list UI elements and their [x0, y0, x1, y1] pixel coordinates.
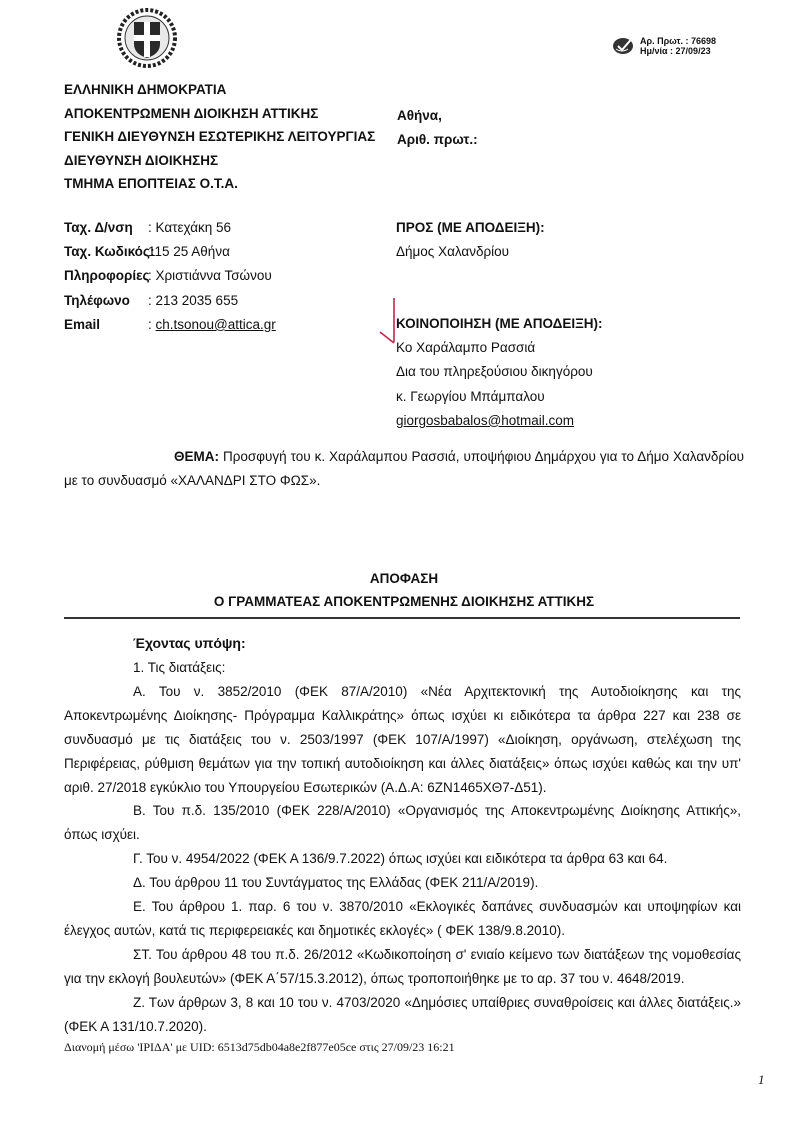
place-and-protocol: Αθήνα, Αριθ. πρωτ.:	[397, 104, 478, 151]
paragraph: Ζ. Των άρθρων 3, 8 και 10 του ν. 4703/20…	[64, 991, 741, 1039]
protocol-stamp: Αρ. Πρωτ. : 76698 Ημ/νία : 27/09/23	[612, 33, 716, 58]
header-line: ΕΛΛΗΝΙΚΗ ΔΗΜΟΚΡΑΤΙΑ	[64, 78, 375, 102]
paragraph: Δ. Του άρθρου 11 του Συντάγματος της Ελλ…	[64, 871, 741, 895]
divider	[64, 617, 740, 619]
decision-title: ΑΠΟΦΑΣΗ	[64, 567, 744, 590]
contact-row-info: Πληροφορίες : Χριστιάννα Τσώνου	[64, 264, 276, 288]
decision-heading: ΑΠΟΦΑΣΗ Ο ΓΡΑΜΜΑΤΕΑΣ ΑΠΟΚΕΝΤΡΩΜΕΝΗΣ ΔΙΟΙ…	[64, 567, 744, 613]
cc-email-link[interactable]: giorgosbabalos@hotmail.com	[396, 413, 574, 428]
paragraph: ΣΤ. Του άρθρου 48 του π.δ. 26/2012 «Κωδι…	[64, 943, 741, 991]
cc-heading: ΚΟΙΝΟΠΟΙΗΣΗ (ΜΕ ΑΠΟΔΕΙΞΗ):	[396, 312, 603, 336]
cc-line: Δια του πληρεξούσιου δικηγόρου	[396, 360, 603, 384]
contact-row-postcode: Ταχ. Κωδικός: 115 25 Αθήνα	[64, 240, 276, 264]
recipient-heading: ΠΡΟΣ (ΜΕ ΑΠΟΔΕΙΞΗ):	[396, 216, 545, 240]
header-line: ΔΙΕΥΘΥΝΣΗ ΔΙΟΙΚΗΣΗΣ	[64, 149, 375, 173]
cc-line: κ. Γεωργίου Μπάμπαλου	[396, 385, 603, 409]
header-line: ΤΜΗΜΑ ΕΠΟΠΤΕΙΑΣ Ο.Τ.Α.	[64, 172, 375, 196]
recipient-name: Δήμος Χαλανδρίου	[396, 240, 545, 264]
paragraph: Β. Του π.δ. 135/2010 (ΦΕΚ 228/Α/2010) «Ο…	[64, 799, 741, 847]
paragraph: Γ. Του ν. 4954/2022 (ΦΕΚ Α 136/9.7.2022)…	[64, 847, 741, 871]
protocol-number-label: Αριθ. πρωτ.:	[397, 128, 478, 152]
distribution-note: Διανομή μέσω 'ΙΡΙΔΑ' με UID: 6513d75db04…	[64, 1040, 455, 1055]
paragraph: Α. Του ν. 3852/2010 (ΦΕΚ 87/Α/2010) «Νέα…	[64, 680, 741, 800]
contact-details: Ταχ. Δ/νση : Κατεχάκη 56 Ταχ. Κωδικός: 1…	[64, 216, 276, 337]
subject-text: Προσφυγή του κ. Χαράλαμπου Ρασσιά, υποψή…	[64, 449, 744, 488]
contact-email-link[interactable]: ch.tsonou@attica.gr	[156, 317, 276, 332]
subject: ΘΕΜΑ: Προσφυγή του κ. Χαράλαμπου Ρασσιά,…	[64, 445, 744, 493]
cc-block: ΚΟΙΝΟΠΟΙΗΣΗ (ΜΕ ΑΠΟΔΕΙΞΗ): Κο Χαράλαμπο …	[396, 312, 603, 433]
contact-row-email: Email : ch.tsonou@attica.gr	[64, 313, 276, 337]
header-line: ΑΠΟΚΕΝΤΡΩΜΕΝΗ ΔΙΟΙΚΗΣΗ ΑΤΤΙΚΗΣ	[64, 102, 375, 126]
contact-row-address: Ταχ. Δ/νση : Κατεχάκη 56	[64, 216, 276, 240]
contact-row-phone: Τηλέφωνο : 213 2035 655	[64, 289, 276, 313]
issuer-header: ΕΛΛΗΝΙΚΗ ΔΗΜΟΚΡΑΤΙΑ ΑΠΟΚΕΝΤΡΩΜΕΝΗ ΔΙΟΙΚΗ…	[64, 78, 375, 196]
protocol-date: Ημ/νία : 27/09/23	[640, 46, 716, 56]
decision-body: 1. Τις διατάξεις: Α. Του ν. 3852/2010 (Φ…	[64, 656, 741, 1039]
protocol-number: Αρ. Πρωτ. : 76698	[640, 36, 716, 46]
decision-subtitle: Ο ΓΡΑΜΜΑΤΕΑΣ ΑΠΟΚΕΝΤΡΩΜΕΝΗΣ ΔΙΟΙΚΗΣΗΣ ΑΤ…	[64, 590, 744, 613]
paragraph: 1. Τις διατάξεις:	[64, 656, 741, 680]
city: Αθήνα,	[397, 104, 478, 128]
coat-of-arms-icon	[117, 8, 177, 68]
paragraph: Ε. Του άρθρου 1. παρ. 6 του ν. 3870/2010…	[64, 895, 741, 943]
iris-logo-icon	[612, 33, 636, 58]
subject-label: ΘΕΜΑ:	[174, 449, 219, 464]
page-number: 1	[758, 1072, 765, 1088]
recipient-block: ΠΡΟΣ (ΜΕ ΑΠΟΔΕΙΞΗ): Δήμος Χαλανδρίου	[396, 216, 545, 264]
cc-line: Κο Χαράλαμπο Ρασσιά	[396, 336, 603, 360]
header-line: ΓΕΝΙΚΗ ΔΙΕΥΘΥΝΣΗ ΕΣΩΤΕΡΙΚΗΣ ΛΕΙΤΟΥΡΓΙΑΣ	[64, 125, 375, 149]
having-regard-heading: Έχοντας υπόψη:	[133, 635, 246, 651]
